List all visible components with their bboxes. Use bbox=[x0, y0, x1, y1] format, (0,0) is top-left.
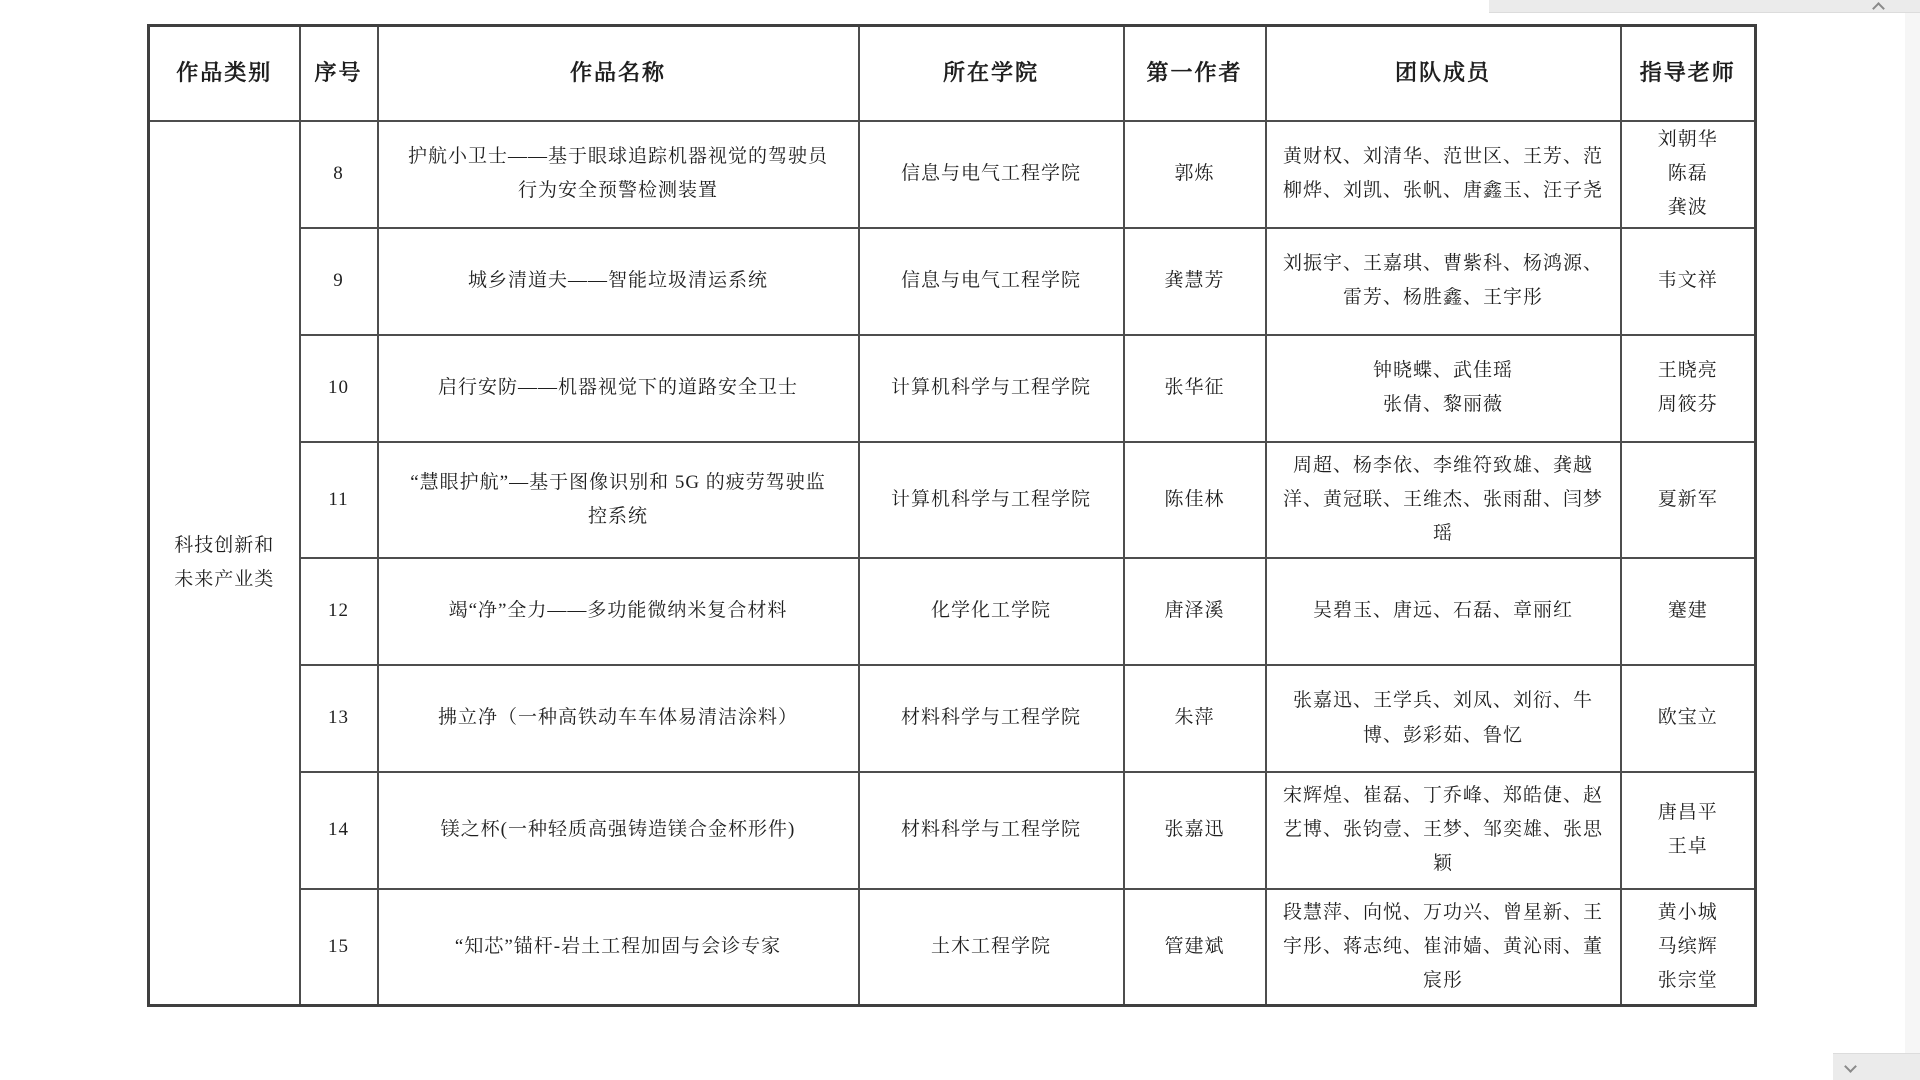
team-cell: 周超、杨李依、李维符致雄、龚越洋、黄冠联、王维杰、张雨甜、闫梦瑶 bbox=[1266, 442, 1621, 559]
college-cell: 计算机科学与工程学院 bbox=[859, 335, 1124, 442]
no-cell: 15 bbox=[300, 889, 378, 1006]
work-name-cell: 城乡清道夫——智能垃圾清运系统 bbox=[378, 228, 859, 335]
no-cell: 9 bbox=[300, 228, 378, 335]
award-table: 作品类别 序号 作品名称 所在学院 第一作者 团队成员 指导老师 科技创新和 未… bbox=[147, 24, 1757, 1007]
header-team: 团队成员 bbox=[1266, 26, 1621, 121]
chevron-down-icon[interactable] bbox=[1845, 1062, 1856, 1073]
college-cell: 材料科学与工程学院 bbox=[859, 665, 1124, 772]
table-row: 12 竭“净”全力——多功能微纳米复合材料 化学化工学院 唐泽溪 吴碧玉、唐远、… bbox=[149, 558, 1756, 665]
no-cell: 13 bbox=[300, 665, 378, 772]
college-cell: 材料科学与工程学院 bbox=[859, 772, 1124, 889]
advisor-cell: 唐昌平 王卓 bbox=[1621, 772, 1756, 889]
college-cell: 信息与电气工程学院 bbox=[859, 121, 1124, 228]
advisor-cell: 欧宝立 bbox=[1621, 665, 1756, 772]
college-cell: 计算机科学与工程学院 bbox=[859, 442, 1124, 559]
work-name-cell: 护航小卫士——基于眼球追踪机器视觉的驾驶员行为安全预警检测装置 bbox=[378, 121, 859, 228]
header-college: 所在学院 bbox=[859, 26, 1124, 121]
advisor-cell: 刘朝华 陈磊 龚波 bbox=[1621, 121, 1756, 228]
team-cell: 段慧萍、向悦、万功兴、曾星新、王宇彤、蒋志纯、崔沛嫱、黄沁雨、董宸彤 bbox=[1266, 889, 1621, 1006]
table-row: 15 “知芯”锚杆-岩土工程加固与会诊专家 土木工程学院 管建斌 段慧萍、向悦、… bbox=[149, 889, 1756, 1006]
document-page: 作品类别 序号 作品名称 所在学院 第一作者 团队成员 指导老师 科技创新和 未… bbox=[0, 0, 1920, 1080]
table-row: 科技创新和 未来产业类 8 护航小卫士——基于眼球追踪机器视觉的驾驶员行为安全预… bbox=[149, 121, 1756, 228]
college-cell: 土木工程学院 bbox=[859, 889, 1124, 1006]
header-first-author: 第一作者 bbox=[1124, 26, 1266, 121]
team-cell: 吴碧玉、唐远、石磊、章丽红 bbox=[1266, 558, 1621, 665]
team-cell: 黄财权、刘清华、范世区、王芳、范柳烨、刘凯、张帆、唐鑫玉、汪子尧 bbox=[1266, 121, 1621, 228]
no-cell: 14 bbox=[300, 772, 378, 889]
team-cell: 刘振宇、王嘉琪、曹紫科、杨鸿源、雷芳、杨胜鑫、王宇彤 bbox=[1266, 228, 1621, 335]
no-cell: 8 bbox=[300, 121, 378, 228]
team-cell: 宋辉煌、崔磊、丁乔峰、郑皓倢、赵艺博、张钧壹、王梦、邹奕雄、张思颖 bbox=[1266, 772, 1621, 889]
advisor-cell: 韦文祥 bbox=[1621, 228, 1756, 335]
header-category: 作品类别 bbox=[149, 26, 300, 121]
work-name-cell: “慧眼护航”—基于图像识别和 5G 的疲劳驾驶监控系统 bbox=[378, 442, 859, 559]
first-author-cell: 张嘉迅 bbox=[1124, 772, 1266, 889]
no-cell: 12 bbox=[300, 558, 378, 665]
work-name-cell: 竭“净”全力——多功能微纳米复合材料 bbox=[378, 558, 859, 665]
advisor-cell: 蹇建 bbox=[1621, 558, 1756, 665]
no-cell: 10 bbox=[300, 335, 378, 442]
category-cell: 科技创新和 未来产业类 bbox=[149, 121, 300, 1006]
first-author-cell: 陈佳林 bbox=[1124, 442, 1266, 559]
vertical-scrollbar-track[interactable] bbox=[1905, 13, 1920, 1053]
work-name-cell: 镁之杯(一种轻质高强铸造镁合金杯形件) bbox=[378, 772, 859, 889]
no-cell: 11 bbox=[300, 442, 378, 559]
first-author-cell: 张华征 bbox=[1124, 335, 1266, 442]
team-cell: 钟晓蝶、武佳瑶 张倩、黎丽薇 bbox=[1266, 335, 1621, 442]
table-header-row: 作品类别 序号 作品名称 所在学院 第一作者 团队成员 指导老师 bbox=[149, 26, 1756, 121]
college-cell: 信息与电气工程学院 bbox=[859, 228, 1124, 335]
team-cell: 张嘉迅、王学兵、刘凤、刘衍、牛博、彭彩茹、鲁忆 bbox=[1266, 665, 1621, 772]
chevron-up-icon[interactable] bbox=[1873, 1, 1884, 12]
college-cell: 化学化工学院 bbox=[859, 558, 1124, 665]
first-author-cell: 朱萍 bbox=[1124, 665, 1266, 772]
table-row: 14 镁之杯(一种轻质高强铸造镁合金杯形件) 材料科学与工程学院 张嘉迅 宋辉煌… bbox=[149, 772, 1756, 889]
first-author-cell: 唐泽溪 bbox=[1124, 558, 1266, 665]
window-bottom-strip bbox=[1833, 1053, 1920, 1080]
table-row: 13 拂立净（一种高铁动车车体易清洁涂料） 材料科学与工程学院 朱萍 张嘉迅、王… bbox=[149, 665, 1756, 772]
table-row: 9 城乡清道夫——智能垃圾清运系统 信息与电气工程学院 龚慧芳 刘振宇、王嘉琪、… bbox=[149, 228, 1756, 335]
work-name-cell: 启行安防——机器视觉下的道路安全卫士 bbox=[378, 335, 859, 442]
window-top-strip bbox=[1489, 0, 1920, 13]
work-name-cell: “知芯”锚杆-岩土工程加固与会诊专家 bbox=[378, 889, 859, 1006]
header-advisor: 指导老师 bbox=[1621, 26, 1756, 121]
table-row: 10 启行安防——机器视觉下的道路安全卫士 计算机科学与工程学院 张华征 钟晓蝶… bbox=[149, 335, 1756, 442]
advisor-cell: 夏新军 bbox=[1621, 442, 1756, 559]
advisor-cell: 王晓亮 周筱芬 bbox=[1621, 335, 1756, 442]
advisor-cell: 黄小城 马缤辉 张宗堂 bbox=[1621, 889, 1756, 1006]
first-author-cell: 管建斌 bbox=[1124, 889, 1266, 1006]
header-no: 序号 bbox=[300, 26, 378, 121]
work-name-cell: 拂立净（一种高铁动车车体易清洁涂料） bbox=[378, 665, 859, 772]
first-author-cell: 龚慧芳 bbox=[1124, 228, 1266, 335]
first-author-cell: 郭炼 bbox=[1124, 121, 1266, 228]
table-row: 11 “慧眼护航”—基于图像识别和 5G 的疲劳驾驶监控系统 计算机科学与工程学… bbox=[149, 442, 1756, 559]
header-name: 作品名称 bbox=[378, 26, 859, 121]
